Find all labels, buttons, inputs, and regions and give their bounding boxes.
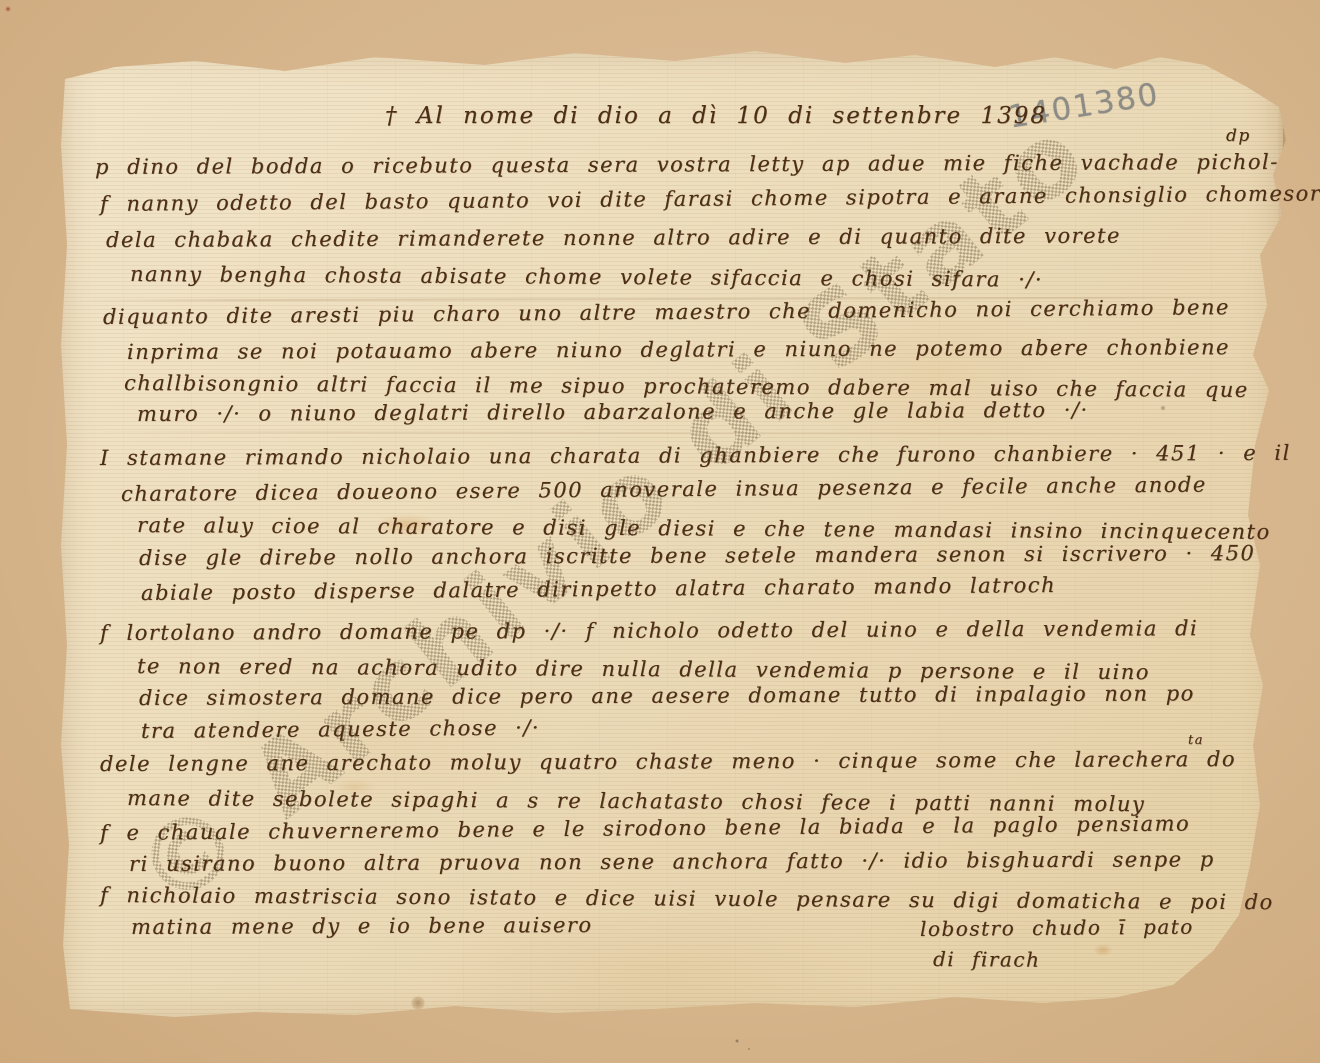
manuscript-line: dele lengne ane arechato moluy quatro ch… bbox=[100, 747, 1236, 776]
manuscript-line: matina mene dy e io bene auisero bbox=[131, 913, 593, 939]
manuscript-line: f lortolano andro domane pe dp ·/· f nic… bbox=[100, 616, 1198, 645]
manuscript-line: muro ·/· o niuno deglatri dirello abarza… bbox=[137, 398, 1089, 426]
manuscript-line: dela chabaka chedite rimanderete nonne a… bbox=[106, 224, 1121, 252]
superscript-mark: ta bbox=[1188, 733, 1204, 748]
signature-line: lobostro chudo ī pato bbox=[920, 915, 1194, 941]
manuscript-line: dise gle direbe nollo anchora iscritte b… bbox=[139, 541, 1255, 570]
flourish-mark: dp bbox=[1226, 126, 1251, 146]
manuscript-line: tra atendere aqueste chose ·/· bbox=[141, 716, 540, 743]
scan-background-mat: © Archivio di Stato 1401380 † Al nome di… bbox=[0, 0, 1320, 1063]
signature-line: di firach bbox=[933, 947, 1041, 972]
manuscript-line: dice simostera domane dice pero ane aese… bbox=[139, 681, 1195, 710]
manuscript-line: inprima se noi potauamo abere niuno degl… bbox=[127, 335, 1230, 364]
manuscript-line: ri usirano buono altra pruova non sene a… bbox=[129, 847, 1215, 876]
heading-date-line: † Al nome di dio a dì 10 di settenbre 13… bbox=[385, 103, 1047, 129]
